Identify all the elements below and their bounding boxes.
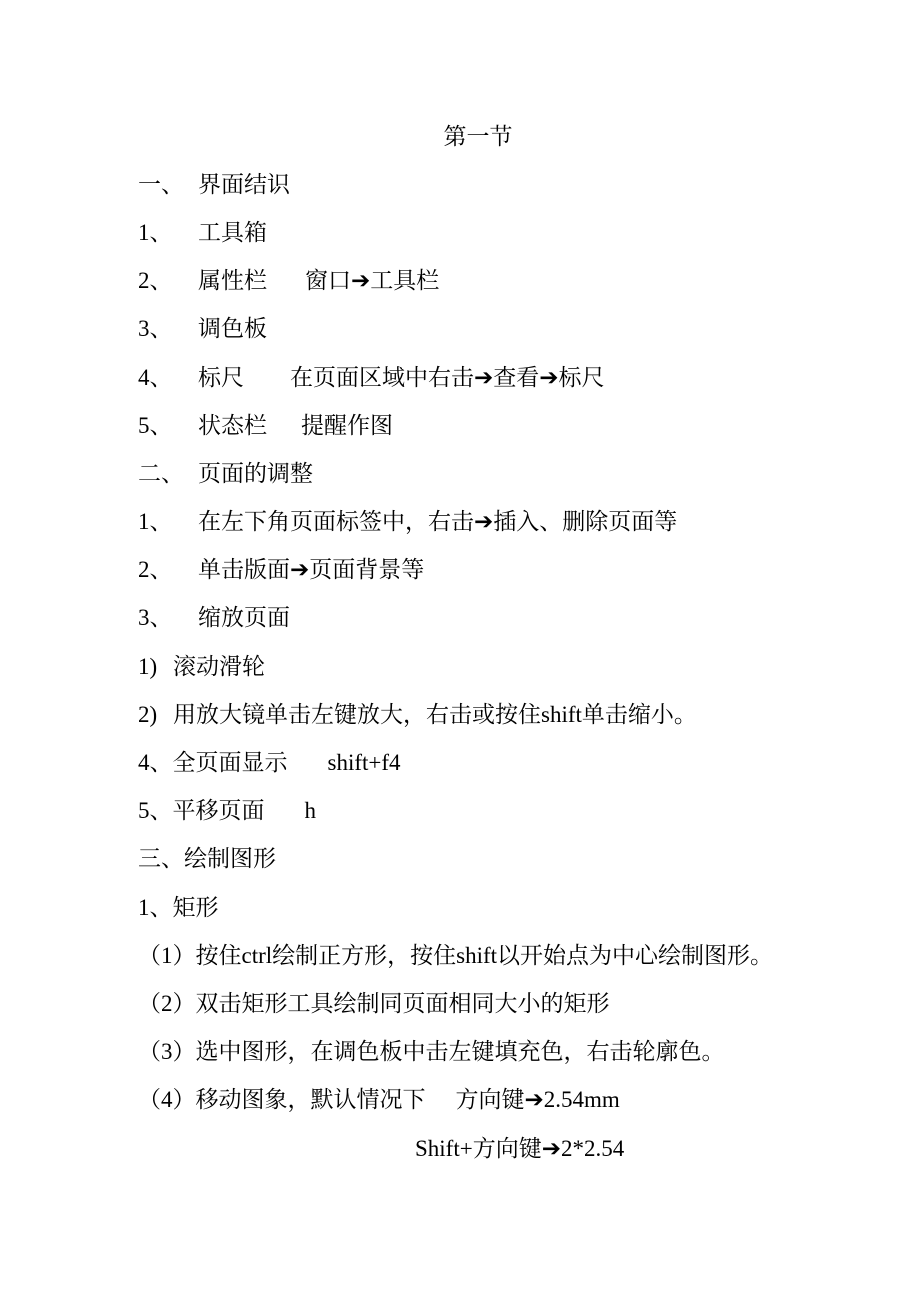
- line-text-2: h: [305, 799, 317, 822]
- line-text: Shift+方向键➔2*2.54: [415, 1137, 624, 1160]
- line-text: 4、全页面显示: [138, 751, 288, 774]
- doc-line: 3、缩放页面: [138, 594, 790, 642]
- doc-line: 2、属性栏窗口➔工具栏: [138, 257, 790, 305]
- line-text-2: 方向键➔2.54mm: [456, 1088, 620, 1111]
- doc-line: Shift+方向键➔2*2.54: [138, 1124, 790, 1172]
- line-number: 5、: [138, 414, 198, 437]
- line-text: 标尺: [198, 366, 244, 389]
- line-text: 界面结识: [198, 173, 290, 196]
- line-text: 三、绘制图形: [138, 847, 276, 870]
- document-content: 第一节 一、界面结识 1、工具箱 2、属性栏窗口➔工具栏 3、调色板 4、标尺在…: [0, 0, 920, 1172]
- line-number: 3、: [138, 606, 198, 629]
- line-text: 滚动滑轮: [173, 655, 265, 678]
- doc-line: 5、平移页面h: [138, 787, 790, 835]
- line-text: 单击版面➔页面背景等: [198, 558, 424, 581]
- doc-line: （1）按住ctrl绘制正方形，按住shift以开始点为中心绘制图形。: [138, 931, 790, 979]
- doc-line: 1)滚动滑轮: [138, 642, 790, 690]
- line-number: 4、: [138, 366, 198, 389]
- line-number: 2、: [138, 558, 198, 581]
- line-number: 一、: [138, 173, 198, 196]
- line-number: 3、: [138, 317, 198, 340]
- line-text: 缩放页面: [198, 606, 290, 629]
- doc-line: 1、工具箱: [138, 208, 790, 256]
- line-text: 在左下角页面标签中，右击➔插入、删除页面等: [198, 510, 677, 533]
- line-number: 1、: [138, 510, 198, 533]
- line-text-2: shift+f4: [328, 751, 401, 774]
- doc-line: （4）移动图象，默认情况下方向键➔2.54mm: [138, 1076, 790, 1124]
- doc-line: 1、在左下角页面标签中，右击➔插入、删除页面等: [138, 498, 790, 546]
- line-text: （1）按住ctrl绘制正方形，按住shift以开始点为中心绘制图形。: [138, 944, 773, 967]
- doc-title: 第一节: [138, 112, 790, 160]
- doc-line: 二、页面的调整: [138, 449, 790, 497]
- line-number: 二、: [138, 462, 198, 485]
- document-page: 第一节 一、界面结识 1、工具箱 2、属性栏窗口➔工具栏 3、调色板 4、标尺在…: [0, 0, 920, 1302]
- line-number: 1): [138, 655, 173, 678]
- line-number: 2): [138, 703, 173, 726]
- line-text: 5、平移页面: [138, 799, 265, 822]
- doc-line: 一、界面结识: [138, 160, 790, 208]
- line-text-2: 在页面区域中右击➔查看➔标尺: [290, 366, 605, 389]
- line-number: 1、: [138, 221, 198, 244]
- line-text: 工具箱: [198, 221, 267, 244]
- doc-line: 4、全页面显示shift+f4: [138, 738, 790, 786]
- doc-line: 2、单击版面➔页面背景等: [138, 546, 790, 594]
- line-text: （3）选中图形，在调色板中击左键填充色，右击轮廓色。: [138, 1040, 725, 1063]
- line-text: （4）移动图象，默认情况下: [138, 1088, 426, 1111]
- doc-line: 3、调色板: [138, 305, 790, 353]
- line-text-2: 提醒作图: [301, 414, 393, 437]
- doc-line: 2)用放大镜单击左键放大，右击或按住shift单击缩小。: [138, 690, 790, 738]
- line-text: （2）双击矩形工具绘制同页面相同大小的矩形: [138, 992, 610, 1015]
- doc-line: 1、矩形: [138, 883, 790, 931]
- line-text: 属性栏: [198, 269, 267, 292]
- doc-line: 4、标尺在页面区域中右击➔查看➔标尺: [138, 353, 790, 401]
- line-text: 用放大镜单击左键放大，右击或按住shift单击缩小。: [173, 703, 697, 726]
- line-number: 2、: [138, 269, 198, 292]
- line-text: 1、矩形: [138, 896, 219, 919]
- line-text-2: 窗口➔工具栏: [305, 269, 439, 292]
- doc-line: 5、状态栏提醒作图: [138, 401, 790, 449]
- line-text: 状态栏: [198, 414, 267, 437]
- line-text: 调色板: [198, 317, 267, 340]
- doc-line: （2）双击矩形工具绘制同页面相同大小的矩形: [138, 979, 790, 1027]
- doc-line: （3）选中图形，在调色板中击左键填充色，右击轮廓色。: [138, 1028, 790, 1076]
- doc-line: 三、绘制图形: [138, 835, 790, 883]
- doc-title-text: 第一节: [444, 125, 513, 148]
- line-text: 页面的调整: [198, 462, 313, 485]
